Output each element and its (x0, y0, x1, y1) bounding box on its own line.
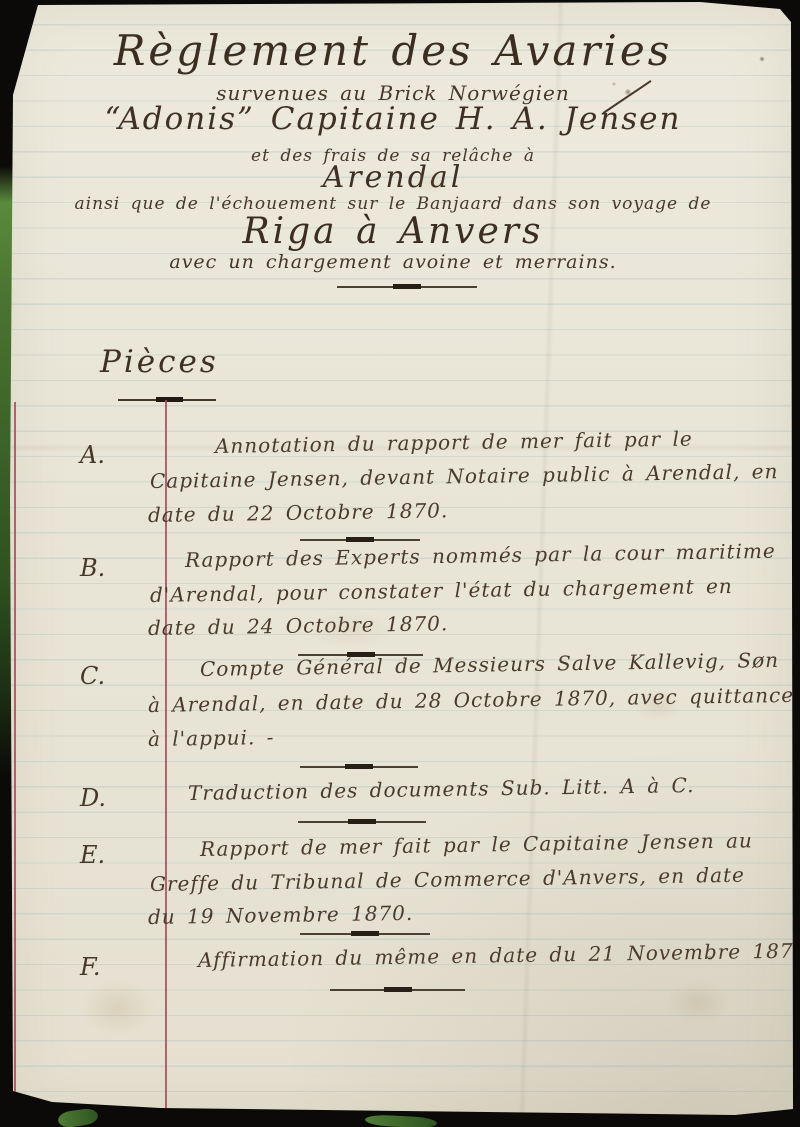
section-title-underline (118, 399, 216, 401)
voyage-route: Riga à Anvers (0, 211, 786, 252)
item-divider (300, 766, 418, 768)
scan-background: Règlement des Avaries survenues au Brick… (0, 0, 800, 1127)
underline-dash (156, 397, 183, 402)
item-text-line: Capitaine Jensen, devant Notaire public … (150, 459, 779, 493)
item-letter: F. (80, 953, 101, 981)
header-divider (337, 286, 477, 288)
item-text-line: Greffe du Tribunal de Commerce d'Anvers,… (150, 863, 745, 896)
item-divider (298, 821, 426, 823)
item-text-line: Traduction des documents Sub. Litt. A à … (188, 773, 695, 805)
item-text-line: date du 24 Octobre 1870. (148, 611, 449, 640)
item-text-line: Affirmation du même en date du 21 Novemb… (198, 938, 800, 972)
item-letter: D. (80, 784, 106, 812)
divider-dash (393, 284, 421, 289)
item-divider (300, 539, 420, 541)
item-text-line: à l'appui. - (148, 725, 275, 751)
item-text-line: Rapport des Experts nommés par la cour m… (185, 539, 776, 572)
margin-line-edge (14, 402, 16, 1108)
port-name: Arendal (0, 160, 786, 195)
item-letter: B. (80, 554, 105, 582)
item-letter: E. (80, 841, 105, 869)
section-title: Pièces (100, 344, 219, 380)
item-text-line: date du 22 Octobre 1870. (148, 498, 449, 527)
item-divider (330, 989, 465, 991)
item-text-line: Compte Général de Messieurs Salve Kallev… (200, 648, 779, 681)
binding-ribbon-fragment (57, 1107, 99, 1127)
document-title: Règlement des Avaries (0, 26, 786, 75)
item-text-line: d'Arendal, pour constater l'état du char… (150, 574, 733, 607)
cargo-line: avec un chargement avoine et merrains. (0, 251, 786, 273)
divider-dash (345, 764, 373, 769)
item-divider (300, 933, 430, 935)
item-text-line: Annotation du rapport de mer fait par le (215, 426, 693, 458)
ship-and-captain-line: “Adonis” Capitaine H. A. Jensen (0, 101, 786, 137)
item-text-line: du 19 Novembre 1870. (148, 901, 414, 929)
document-page: Règlement des Avaries survenues au Brick… (0, 0, 800, 1127)
item-text-line: à Arendal, en date du 28 Octobre 1870, a… (148, 683, 800, 717)
divider-dash (351, 931, 379, 936)
item-text-line: Rapport de mer fait par le Capitaine Jen… (200, 828, 753, 861)
binding-ribbon-fragment (365, 1114, 437, 1127)
item-letter: A. (80, 441, 105, 469)
divider-dash (384, 987, 412, 992)
divider-dash (348, 819, 376, 824)
divider-dash (346, 537, 374, 542)
item-letter: C. (80, 662, 105, 690)
